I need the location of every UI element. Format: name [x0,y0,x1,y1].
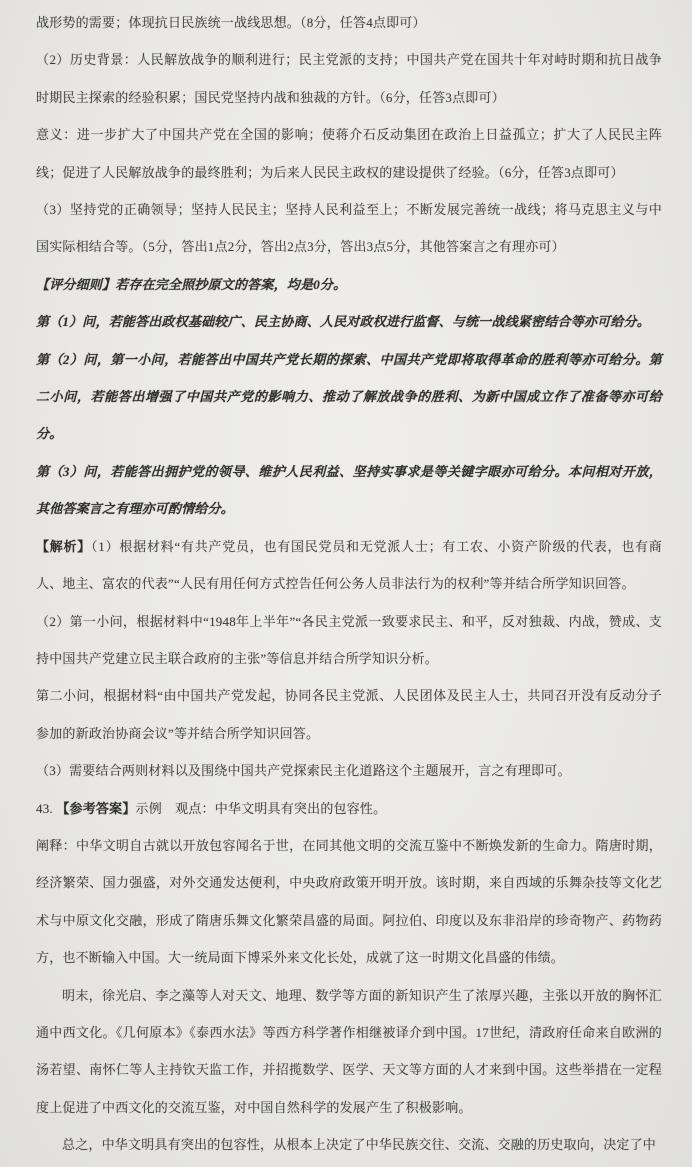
q43-viewpoint-text: 示例 观点：中华文明具有突出的包容性。 [136,801,387,816]
analysis-label: 【解析】 [36,539,91,554]
q43-conclusion-paragraph: 总之，中华文明具有突出的包容性，从根本上决定了中华民族交往、交流、交融的历史取向… [36,1126,662,1163]
analysis-q2-first-paragraph: （2）第一小问，根据材料中“1948年上半年”“各民主党派一致要求民主、和平，反… [36,603,662,678]
q2-background-paragraph: （2）历史背景：人民解放战争的顺利进行；民主党派的支持；中国共产党在国共十年对峙… [36,41,662,116]
scoring-rubric-note: 若存在完全照抄原文的答案，均是0分。 [115,277,346,292]
q3-answer-paragraph: （3）坚持党的正确领导；坚持人民民主；坚持人民利益至上；不断发展完善统一战线；将… [36,191,662,266]
rubric-q3-paragraph: 第（3）问，若能答出拥护党的领导、维护人民利益、坚持实事求是等关键字眼亦可给分。… [36,453,662,528]
scoring-rubric-header-paragraph: 【评分细则】若存在完全照抄原文的答案，均是0分。 [36,266,662,303]
answer-continuation-paragraph: 战形势的需要；体现抗日民族统一战线思想。（8分，任答4点即可） [36,4,662,41]
rubric-q1-paragraph: 第（1）问，若能答出政权基础较广、民主协商、人民对政权进行监督、与统一战线紧密结… [36,303,662,340]
analysis-q2-second-paragraph: 第二小问，根据材料“由中国共产党发起，协同各民主党派、人民团体及民主人士，共同召… [36,677,662,752]
q43-answer-heading-paragraph: 43. 【参考答案】示例 观点：中华文明具有突出的包容性。 [36,790,662,827]
rubric-q2-paragraph: 第（2）问，第一小问，若能答出中国共产党长期的探索、中国共产党即将取得革命的胜利… [36,341,662,453]
question-number: 43. [36,801,56,816]
q43-explanation-paragraph-2: 明末，徐光启、李之藻等人对天文、地理、数学等方面的新知识产生了浓厚兴趣，主张以开… [36,977,662,1127]
document-page: 战形势的需要；体现抗日民族统一战线思想。（8分，任答4点即可） （2）历史背景：… [0,0,692,1167]
reference-answer-label: 【参考答案】 [56,801,135,816]
q2-significance-paragraph: 意义：进一步扩大了中国共产党在全国的影响；使蒋介石反动集团在政治上日益孤立；扩大… [36,116,662,191]
analysis-q1-paragraph: 【解析】（1）根据材料“有共产党员，也有国民党员和无党派人士；有工农、小资产阶级… [36,528,662,603]
analysis-q1-text: （1）根据材料“有共产党员，也有国民党员和无党派人士；有工农、小资产阶级的代表，… [36,539,662,591]
scoring-rubric-label: 【评分细则】 [36,277,115,292]
q43-explanation-paragraph-1: 阐释：中华文明自古就以开放包容闻名于世，在同其他文明的交流互鉴中不断焕发新的生命… [36,827,662,977]
analysis-q3-paragraph: （3）需要结合两则材料以及围绕中国共产党探索民主化道路这个主题展开，言之有理即可… [36,752,662,789]
